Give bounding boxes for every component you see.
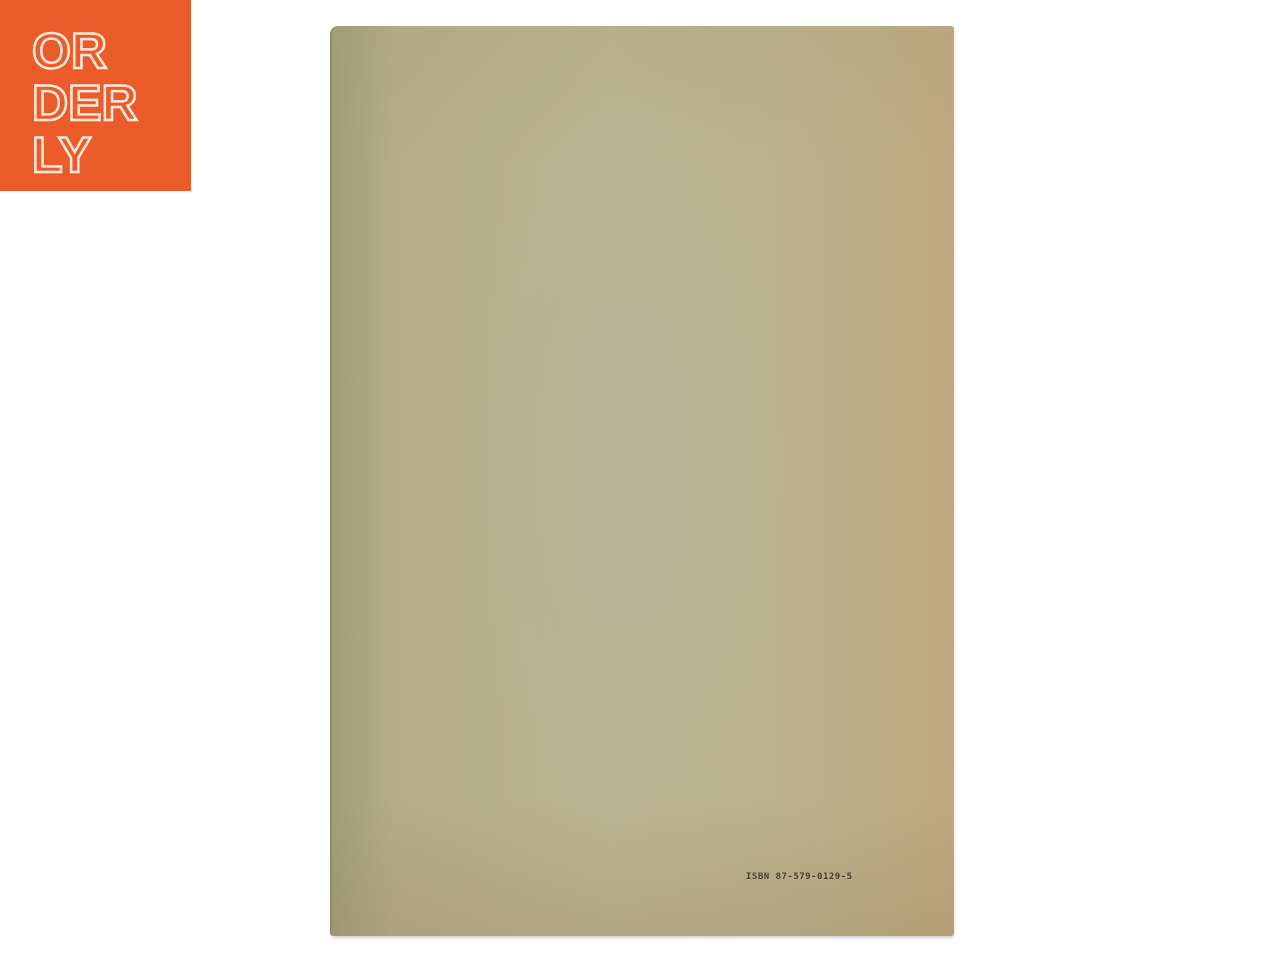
isbn-label: ISBN 87-579-0129-5 bbox=[746, 872, 853, 882]
svg-text:OR: OR bbox=[32, 23, 107, 79]
svg-text:LY: LY bbox=[32, 127, 91, 180]
orderly-logo: OR DER LY bbox=[0, 0, 191, 191]
book-back-cover: ISBN 87-579-0129-5 bbox=[332, 26, 954, 936]
svg-text:DER: DER bbox=[32, 75, 138, 131]
orderly-logo-wordmark-icon: OR DER LY bbox=[30, 20, 170, 180]
